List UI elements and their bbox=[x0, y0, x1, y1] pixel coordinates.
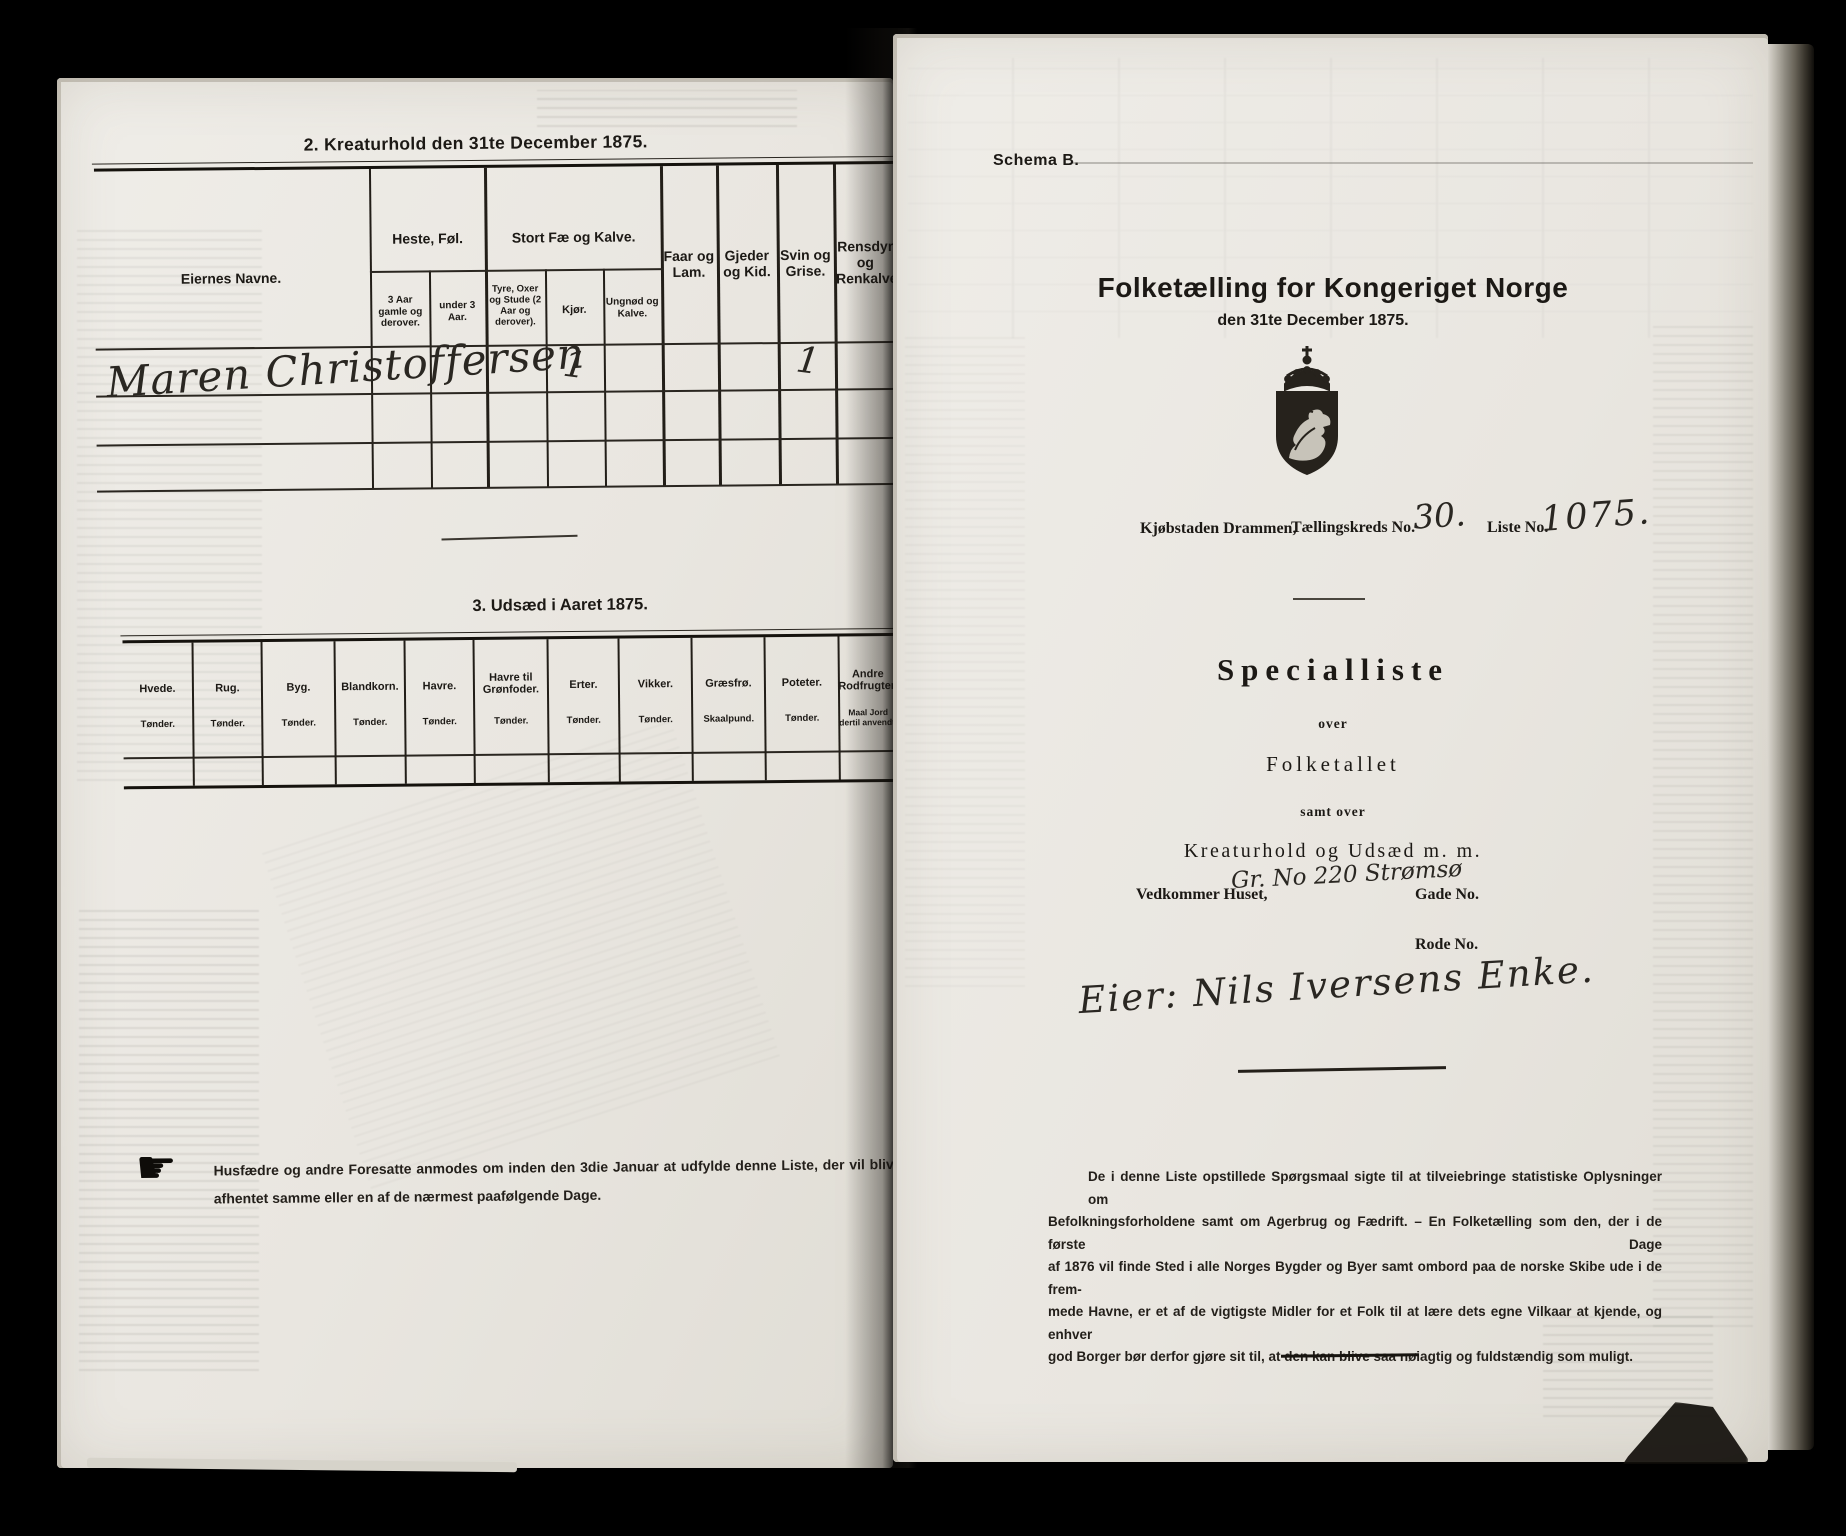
bleedthrough-texture bbox=[1653, 324, 1753, 1334]
header-heste-group: Heste, Føl. bbox=[372, 230, 484, 247]
grid-line bbox=[97, 483, 897, 493]
udsaed-column: Andre Rodfrugter. Maal Jord dertil anven… bbox=[839, 636, 897, 780]
udsaed-col-label: Erter. bbox=[549, 679, 618, 692]
table-rule bbox=[120, 628, 898, 636]
udsaed-column: Havre til Grønfoder. Tønder. bbox=[474, 639, 549, 783]
left-page: 2. Kreaturhold den 31te December 1875. bbox=[57, 78, 893, 1468]
header-gjeder: Gjeder og Kid. bbox=[719, 247, 775, 280]
instructions-line: god Borger bør derfor gjøre sit til, at … bbox=[1048, 1346, 1662, 1369]
divider-rule bbox=[442, 535, 578, 541]
heading-over: over bbox=[1033, 716, 1633, 732]
udsaed-col-unit: Tønder. bbox=[123, 719, 192, 731]
tellingskreds-label: Tællingskreds No. bbox=[1291, 519, 1415, 537]
corner-shadow bbox=[1623, 1402, 1748, 1464]
handwritten-owner-signature: Eier: Nils Iversens Enke. bbox=[1077, 945, 1639, 1022]
udsaed-col-label: Byg. bbox=[263, 681, 334, 694]
gade-label: Gade No. bbox=[1415, 886, 1479, 904]
header-fae-sub3: Ungnød og Kalve. bbox=[605, 296, 659, 320]
header-fae-group: Stort Fæ og Kalve. bbox=[487, 228, 661, 246]
grid-line bbox=[97, 437, 897, 446]
udsaed-col-unit: Tønder. bbox=[766, 712, 838, 724]
udsaed-col-unit: Tønder. bbox=[194, 718, 261, 730]
right-page: Schema B. Folketælling for Kongeriget No… bbox=[893, 34, 1768, 1462]
city-label: Kjøbstaden Drammen, bbox=[1140, 520, 1296, 538]
udsaed-column: Poteter. Tønder. bbox=[765, 636, 840, 780]
handwritten-liste-value: 1075. bbox=[1540, 492, 1653, 540]
table-rule bbox=[92, 156, 894, 165]
udsaed-col-unit: Tønder. bbox=[406, 716, 473, 728]
udsaed-title: 3. Udsæd i Aaret 1875. bbox=[390, 595, 730, 617]
grid-line bbox=[370, 268, 663, 272]
handwritten-tellingskreds-value: 30. bbox=[1412, 494, 1467, 537]
udsaed-column: Rug. Tønder. bbox=[194, 642, 264, 786]
divider-rule bbox=[1293, 598, 1365, 600]
udsaed-col-unit: Tønder. bbox=[620, 714, 691, 726]
udsaed-col-label: Havre. bbox=[406, 680, 473, 693]
handwritten-kjor-value: 1 bbox=[545, 342, 604, 390]
udsaed-col-unit: Maal Jord dertil anvendt. bbox=[837, 708, 899, 728]
udsaed-col-label: Andre Rodfrugter. bbox=[838, 668, 898, 693]
schema-label: Schema B. bbox=[993, 152, 1079, 170]
footnote-text: Husfædre og andre Foresatte anmodes om i… bbox=[213, 1153, 901, 1210]
faint-rule bbox=[1073, 162, 1753, 164]
udsaed-col-label: Hvede. bbox=[123, 683, 192, 696]
heading-samt-over: samt over bbox=[1033, 804, 1633, 820]
specialliste-heading: Specialliste bbox=[1033, 652, 1633, 688]
udsaed-col-label: Græsfrø. bbox=[693, 677, 764, 690]
udsaed-col-label: Poteter. bbox=[766, 676, 838, 689]
heading-folketallet: Folketallet bbox=[1033, 752, 1633, 777]
udsaed-column: Byg. Tønder. bbox=[262, 641, 336, 785]
census-date-line: den 31te December 1875. bbox=[1013, 312, 1613, 330]
instructions-paragraph: De i denne Liste opstillede Spørgsmaal s… bbox=[1048, 1166, 1662, 1369]
udsaed-column: Havre. Tønder. bbox=[405, 640, 475, 784]
header-fae-sub1: Tyre, Oxer og Stude (2 Aar og derover). bbox=[487, 283, 543, 328]
udsaed-column: Græsfrø. Skaalpund. bbox=[692, 637, 766, 781]
udsaed-col-unit: Tønder. bbox=[549, 715, 618, 727]
instructions-line: Befolkningsforholdene samt om Agerbrug o… bbox=[1048, 1211, 1662, 1256]
liste-label: Liste No. bbox=[1487, 519, 1548, 537]
handwritten-svin-value: 1 bbox=[779, 338, 836, 385]
udsaed-col-unit: Tønder. bbox=[263, 717, 334, 729]
page-stack-edge bbox=[1768, 44, 1814, 1450]
scanned-census-spread: 2. Kreaturhold den 31te December 1875. bbox=[0, 0, 1846, 1536]
udsaed-col-unit: Tønder. bbox=[336, 717, 404, 729]
norwegian-lion-crest-icon bbox=[1265, 346, 1349, 478]
header-heste-sub1: 3 Aar gamle og derover. bbox=[373, 294, 427, 329]
bleedthrough-texture bbox=[905, 334, 1025, 994]
footnote-line: Husfædre og andre Foresatte anmodes om i… bbox=[213, 1153, 901, 1182]
header-fae-sub2: Kjør. bbox=[547, 305, 601, 317]
udsaed-column: Vikker. Tønder. bbox=[619, 638, 693, 782]
udsaed-column: Blandkorn. Tønder. bbox=[335, 641, 406, 785]
udsaed-column: Hvede. Tønder. bbox=[123, 643, 195, 787]
header-rensdyr: Rensdyr og Renkalve. bbox=[836, 238, 895, 287]
kreaturhold-table: Eiernes Navne. Heste, Føl. Stort Fæ og K… bbox=[94, 161, 897, 492]
instructions-line: af 1876 vil finde Sted i alle Norges Byg… bbox=[1048, 1256, 1662, 1301]
header-svin: Svin og Grise. bbox=[779, 247, 832, 280]
footnote-line: afhentet samme eller en af de nærmest pa… bbox=[214, 1180, 902, 1209]
census-title: Folketælling for Kongeriget Norge bbox=[1023, 272, 1643, 304]
udsaed-col-label: Havre til Grønfoder. bbox=[477, 671, 545, 696]
kreaturhold-title: 2. Kreaturhold den 31te December 1875. bbox=[286, 131, 666, 156]
instructions-line: mede Havne, er et af de vigtigste Midler… bbox=[1048, 1301, 1662, 1346]
header-eiernes-navne: Eiernes Navne. bbox=[95, 269, 367, 288]
udsaed-column: Erter. Tønder. bbox=[548, 639, 620, 783]
pointing-hand-icon: ☛ bbox=[135, 1140, 177, 1194]
instructions-line: De i denne Liste opstillede Spørgsmaal s… bbox=[1048, 1166, 1662, 1211]
header-faar: Faar og Lam. bbox=[663, 248, 715, 280]
udsaed-col-label: Blandkorn. bbox=[336, 681, 404, 694]
rode-label: Rode No. bbox=[1415, 936, 1478, 954]
header-heste-sub2: under 3 Aar. bbox=[431, 300, 483, 323]
udsaed-col-label: Rug. bbox=[194, 682, 261, 695]
heading-kreaturhold: Kreaturhold og Udsæd m. m. bbox=[1033, 840, 1633, 863]
udsaed-col-unit: Skaalpund. bbox=[693, 713, 764, 725]
udsaed-col-label: Vikker. bbox=[620, 678, 691, 691]
udsaed-col-unit: Tønder. bbox=[475, 715, 547, 727]
signature-underline bbox=[1238, 1066, 1446, 1072]
udsaed-table: Hvede. Tønder. Rug. Tønder. Byg. Tønder.… bbox=[122, 633, 897, 789]
